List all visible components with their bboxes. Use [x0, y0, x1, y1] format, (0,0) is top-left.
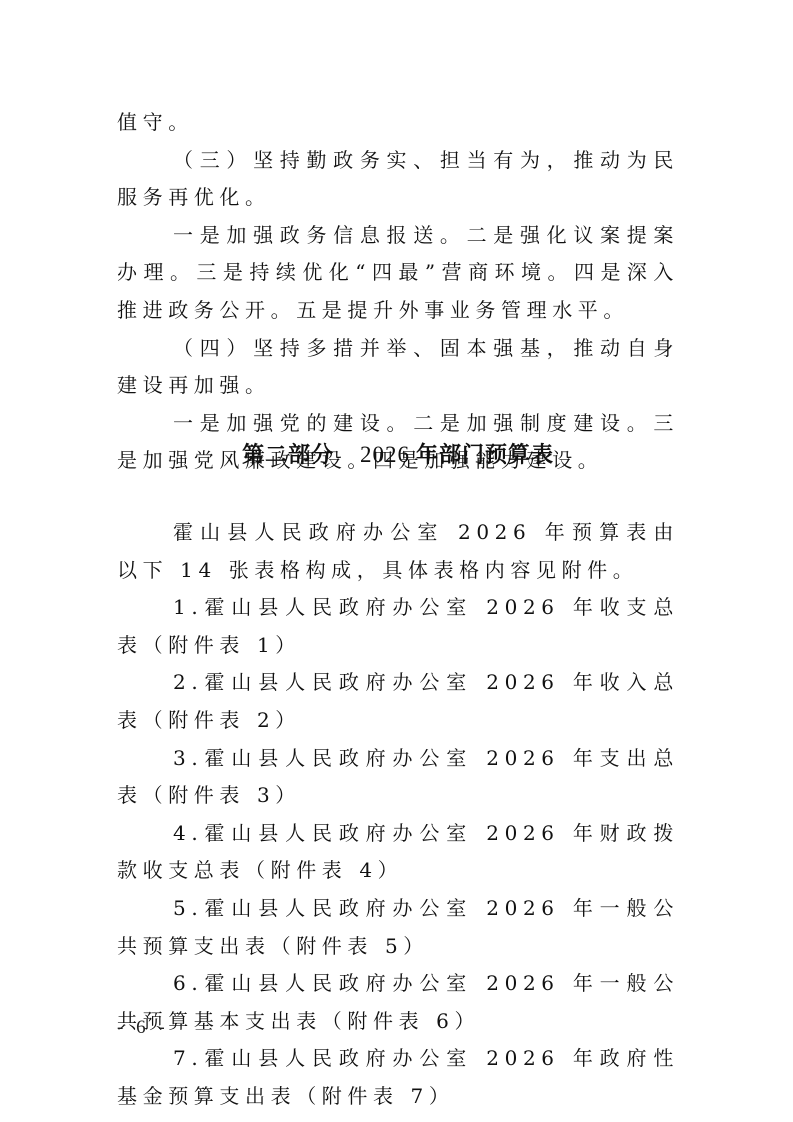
paragraph-government-services: 一是加强政务信息报送。二是强化议案提案办理。三是持续优化“四最”营商环境。四是深…: [117, 217, 679, 330]
section-heading: 第二部分2026年部门预算表: [117, 435, 679, 476]
list-item: 6.霍山县人民政府办公室 2026 年一般公共预算基本支出表（附件表 6）: [117, 965, 679, 1040]
list-item: 5.霍山县人民政府办公室 2026 年一般公共预算支出表（附件表 5）: [117, 890, 679, 965]
list-item: 7.霍山县人民政府办公室 2026 年政府性基金预算支出表（附件表 7）: [117, 1040, 679, 1115]
paragraph-continuation: 值守。: [117, 104, 679, 142]
list-item: 2.霍山县人民政府办公室 2026 年收入总表（附件表 2）: [117, 664, 679, 739]
subheading-three: （三）坚持勤政务实、担当有为，推动为民服务再优化。: [117, 142, 679, 217]
list-item: 3.霍山县人民政府办公室 2026 年支出总表（附件表 3）: [117, 740, 679, 815]
page-number: - 6 -: [117, 1017, 169, 1039]
subheading-four: （四）坚持多措并举、固本强基，推动自身建设再加强。: [117, 330, 679, 405]
list-item: 4.霍山县人民政府办公室 2026 年财政拨款收支总表（附件表 4）: [117, 815, 679, 890]
heading-title: 年部门预算表: [416, 443, 554, 468]
heading-part-label: 第二部分: [242, 443, 334, 468]
list-item: 1.霍山县人民政府办公室 2026 年收支总表（附件表 1）: [117, 589, 679, 664]
budget-intro-paragraph: 霍山县人民政府办公室 2026 年预算表由以下 14 张表格构成，具体表格内容见…: [117, 514, 679, 589]
budget-tables-section: 霍山县人民政府办公室 2026 年预算表由以下 14 张表格构成，具体表格内容见…: [117, 514, 679, 1116]
heading-year: 2026: [360, 442, 410, 467]
work-plan-section: 值守。 （三）坚持勤政务实、担当有为，推动为民服务再优化。 一是加强政务信息报送…: [117, 104, 679, 480]
